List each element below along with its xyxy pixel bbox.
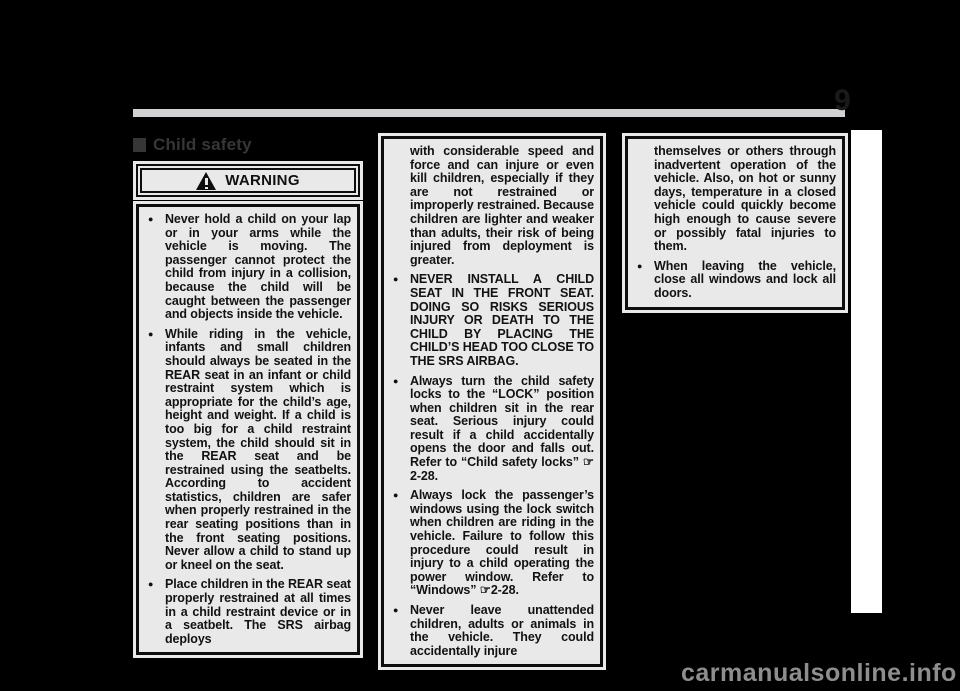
bullet-text: While riding in the vehicle, infants and… [165,328,351,573]
page-edge-strip [851,130,882,613]
warning-bullet: ● While riding in the vehicle, infants a… [145,328,351,573]
warning-bullet: ● NEVER INSTALL A CHILD SEAT IN THE FRON… [390,273,594,368]
warning-bullet: ● Never leave unattended children, adult… [390,604,594,658]
bullet-icon: ● [390,604,410,658]
bullet-icon: ● [145,213,165,322]
warning-header-band: WARNING [140,168,356,193]
continuation-text: themselves or others through inadvertent… [634,145,836,254]
bullet-icon: ● [390,489,410,598]
warning-bullet: ● Always lock the passenger’s windows us… [390,489,594,598]
warning-body: ● Never hold a child on your lap or in y… [136,204,360,655]
warning-bullet: ● When leaving the vehicle, close all wi… [634,260,836,301]
bullet-icon: ● [390,375,410,484]
section-heading: Child safety [133,135,252,155]
bullet-icon: ● [145,578,165,646]
section-marker-icon [133,138,146,152]
bullet-text: Always turn the child safety locks to th… [410,375,594,484]
warning-bullet: ● Never hold a child on your lap or in y… [145,213,351,322]
warning-header: WARNING [136,164,360,197]
section-heading-text: Child safety [153,135,252,155]
header-rule [133,109,845,117]
warning-column-3: themselves or others through inadvertent… [625,136,845,310]
manual-page: 9 Child safety WARNING ● Never hold a ch… [0,0,960,691]
warning-title: WARNING [225,172,300,189]
bullet-text: NEVER INSTALL A CHILD SEAT IN THE FRONT … [410,273,594,368]
page-number: 9 [834,86,851,116]
warning-column: WARNING ● Never hold a child on your lap… [136,164,360,655]
warning-bullet: ● Place children in the REAR seat proper… [145,578,351,646]
bullet-text: Place children in the REAR seat properly… [165,578,351,646]
bullet-text: Never leave unattended children, adults … [410,604,594,658]
warning-triangle-icon [196,172,216,190]
bullet-icon: ● [390,273,410,368]
watermark: carmanualsonline.info [681,661,957,686]
warning-bullet: ● Always turn the child safety locks to … [390,375,594,484]
bullet-text: When leaving the vehicle, close all wind… [654,260,836,301]
bullet-icon: ● [145,328,165,573]
warning-column-2: with considerable speed and force and ca… [381,136,603,667]
bullet-text: Always lock the passenger’s windows usin… [410,489,594,598]
bullet-text: Never hold a child on your lap or in you… [165,213,351,322]
continuation-text: with considerable speed and force and ca… [390,145,594,267]
bullet-icon: ● [634,260,654,301]
